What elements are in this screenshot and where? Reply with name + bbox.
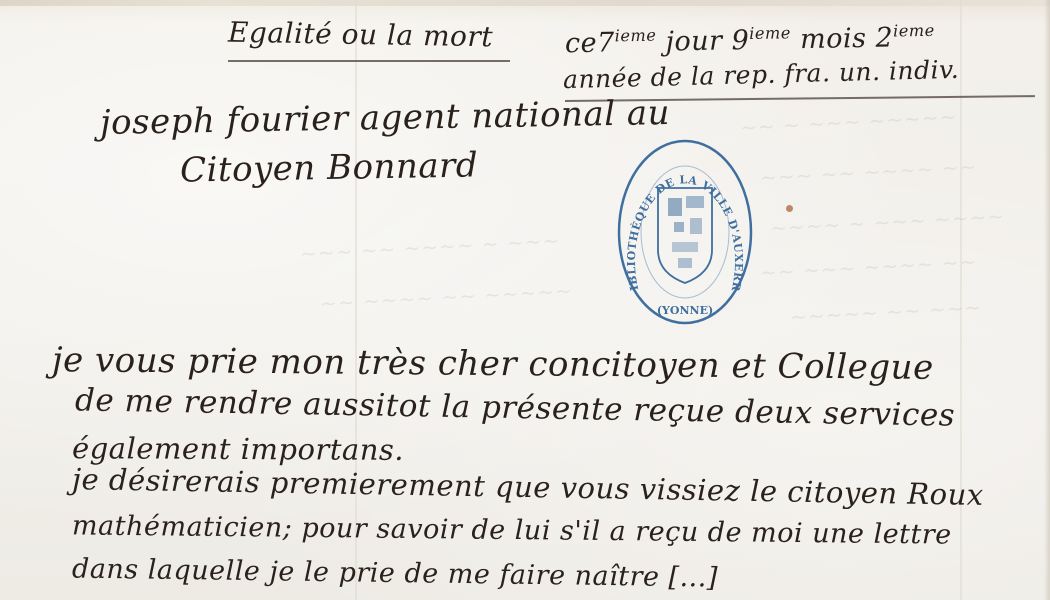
paper-top-edge <box>0 0 1050 6</box>
date-line-2: année de la rep. fra. un. indiv. <box>563 55 960 94</box>
bleed-through-text: ~~~ ~~ ~~~~ ~ ~~~ <box>300 228 561 266</box>
manuscript-page: ~~ ~ ~~~ ~~~~~ ~~~ ~~ ~~~~ ~~ ~~~~ ~ ~~~… <box>0 0 1050 600</box>
date-month-num: 9 <box>731 25 749 56</box>
body-line-4: je désirerais premierement que vous viss… <box>72 462 984 512</box>
date-prefix: ce <box>565 28 598 60</box>
library-stamp-icon: BIBLIOTHÈQUE DE LA VILLE D'AUXERRE (YONN… <box>616 138 754 326</box>
date-year-num: 2 <box>875 23 893 54</box>
date-year-sup: ieme <box>893 21 935 41</box>
paper-right-edge <box>1044 0 1050 600</box>
body-line-3: également importans. <box>72 431 404 467</box>
bleed-through-text: ~~ ~ ~~~ ~~~~~ <box>740 104 958 139</box>
library-stamp: BIBLIOTHÈQUE DE LA VILLE D'AUXERRE (YONN… <box>616 138 754 326</box>
bleed-through-text: ~~~~~ ~~ ~~~ <box>790 295 983 329</box>
recipient-line: Citoyen Bonnard <box>180 145 479 190</box>
bleed-through-text: ~~~ ~~ ~~~~ ~~ <box>760 154 978 189</box>
body-line-1: je vous prie mon très cher concitoyen et… <box>52 340 934 388</box>
body-line-2: de me rendre aussitot la présente reçue … <box>75 382 956 433</box>
paper-stain <box>786 205 793 212</box>
date-day-word: jour <box>665 25 722 57</box>
body-line-5: mathématicien; pour savoir de lui s'il a… <box>72 510 952 550</box>
date-day-num: 7 <box>597 27 615 58</box>
date-month-sup: ieme <box>749 23 791 43</box>
bleed-through-text: ~~ ~~~~ ~~ ~~~~~ <box>320 278 574 315</box>
date-day-sup: ieme <box>615 26 657 46</box>
motto: Egalité ou la mort <box>228 16 494 54</box>
body-line-6: dans laquelle je le prie de me faire naî… <box>72 553 718 593</box>
date-line-1: ce7ieme jour 9ieme mois 2ieme <box>565 21 935 59</box>
motto-underline <box>228 60 510 62</box>
stamp-bottom-text: (YONNE) <box>657 304 713 317</box>
sender-line: joseph fourier agent national au <box>100 93 671 143</box>
bleed-through-text: ~~~~ ~ ~~~ ~~~~ <box>770 204 1006 240</box>
date-month-word: mois <box>800 23 867 55</box>
bleed-through-text: ~~ ~~~ ~~~~ ~~ <box>760 249 978 284</box>
